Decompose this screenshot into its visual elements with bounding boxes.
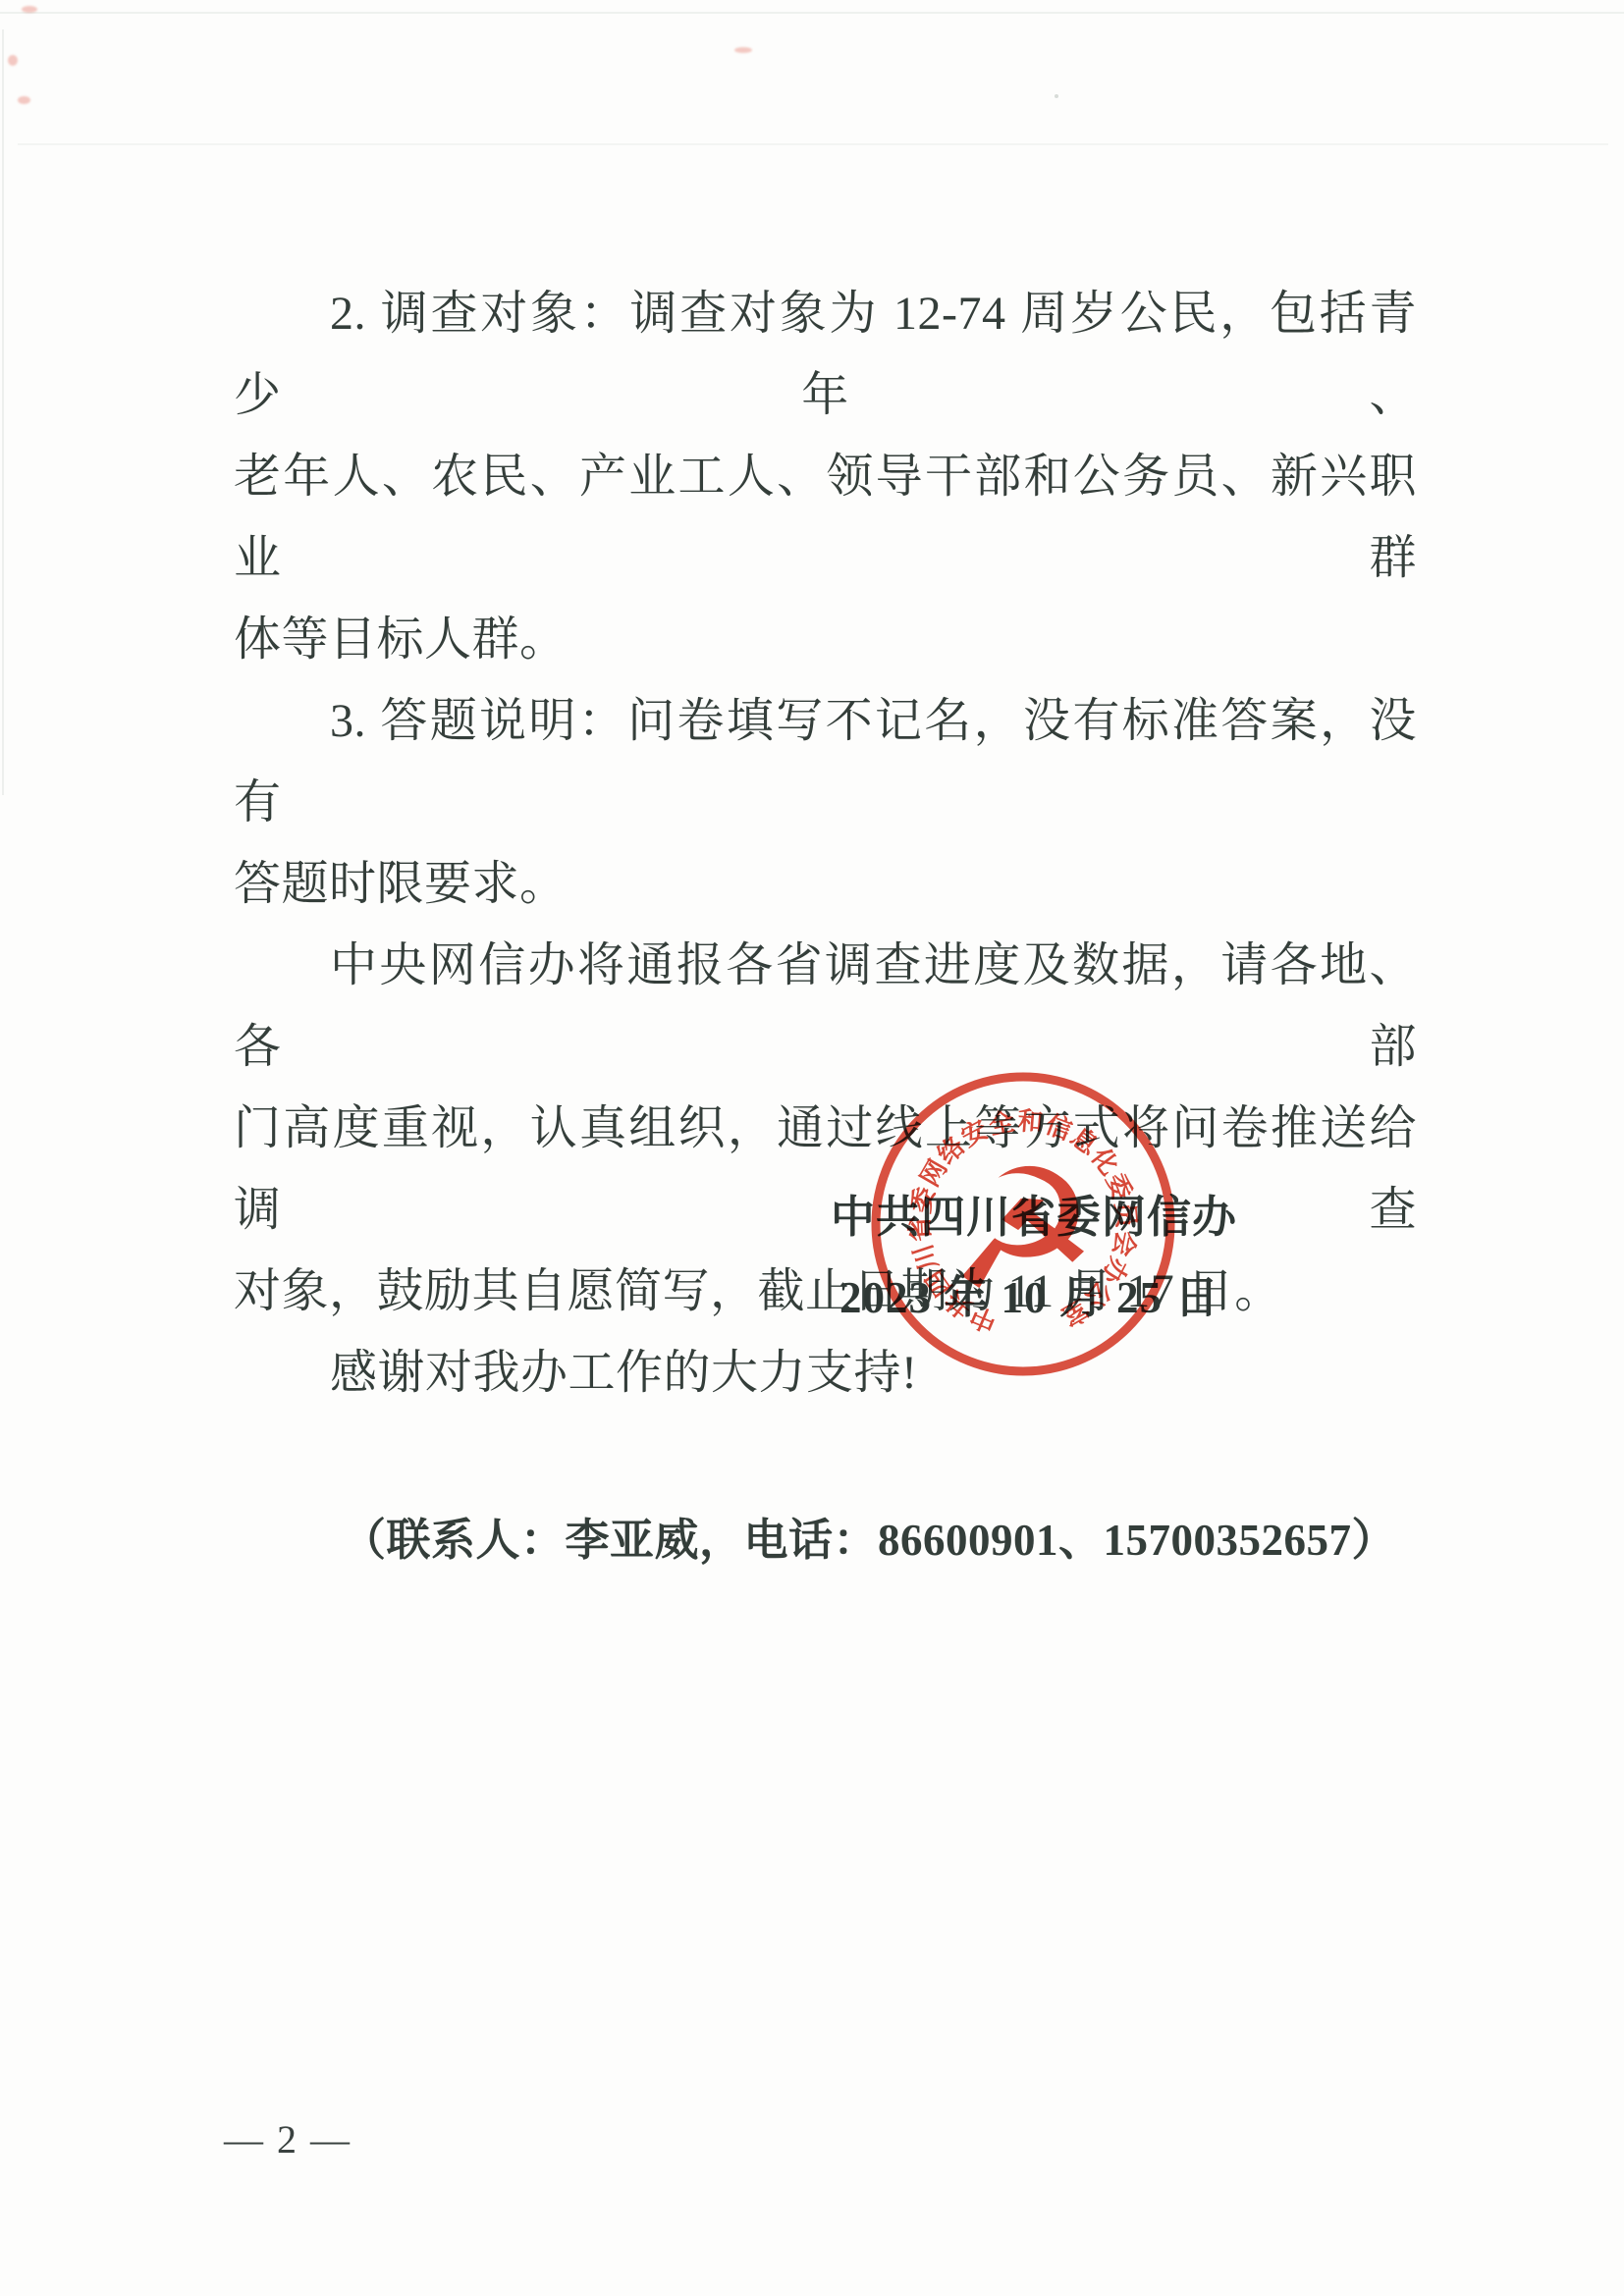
scan-artifact bbox=[18, 96, 30, 104]
body-line: 体等目标人群。 bbox=[234, 599, 1417, 680]
document-body: 2. 调查对象：调查对象为 12-74 周岁公民，包括青少年、 老年人、农民、产… bbox=[234, 273, 1417, 1414]
page-number: — 2 — bbox=[224, 2116, 352, 2163]
body-line: 感谢对我办工作的大力支持! bbox=[234, 1332, 1417, 1414]
scan-artifact bbox=[2, 29, 4, 795]
contact-line: （联系人：李亚威，电话：86600901、15700352657） bbox=[342, 1500, 1396, 1581]
document-page: 2. 调查对象：调查对象为 12-74 周岁公民，包括青少年、 老年人、农民、产… bbox=[0, 0, 1624, 2296]
official-seal: 中共四川省委网络安全和信息化委员会办公室 ☭ bbox=[866, 1067, 1180, 1381]
hammer-sickle-icon: ☭ bbox=[948, 1134, 1098, 1328]
body-line: 门高度重视，认真组织，通过线上等方式将问卷推送给调查 bbox=[234, 1088, 1417, 1251]
body-line: 答题时限要求。 bbox=[234, 843, 1417, 925]
body-line: 3. 答题说明：问卷填写不记名，没有标准答案，没有 bbox=[234, 680, 1417, 843]
body-line: 老年人、农民、产业工人、领导干部和公务员、新兴职业群 bbox=[234, 436, 1417, 599]
scan-artifact bbox=[22, 6, 37, 13]
scan-artifact bbox=[8, 55, 18, 66]
body-line: 中央网信办将通报各省调查进度及数据，请各地、各部 bbox=[234, 925, 1417, 1088]
seal-graphic: 中共四川省委网络安全和信息化委员会办公室 ☭ bbox=[866, 1067, 1180, 1381]
body-line: 对象，鼓励其自愿简写，截止日期为 11 月 17 日。 bbox=[234, 1251, 1417, 1332]
scan-artifact bbox=[1055, 94, 1058, 98]
body-line: 2. 调查对象：调查对象为 12-74 周岁公民，包括青少年、 bbox=[234, 273, 1417, 436]
scan-artifact bbox=[18, 143, 1608, 145]
scan-artifact bbox=[734, 47, 752, 53]
scan-artifact bbox=[0, 12, 1624, 14]
